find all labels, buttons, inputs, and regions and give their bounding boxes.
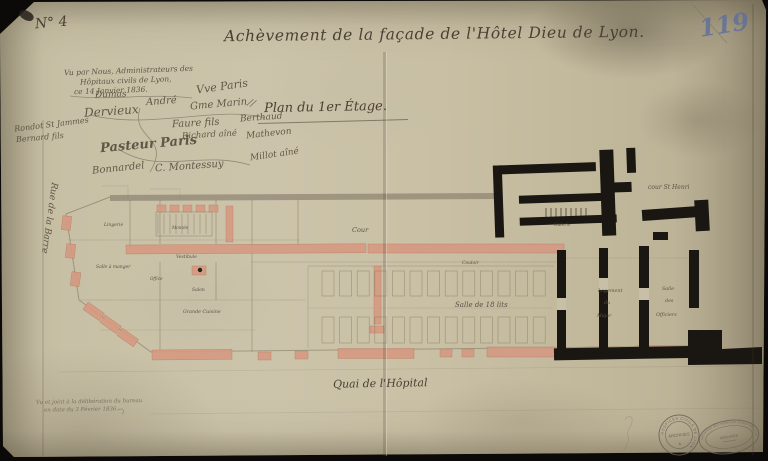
doc-number: N° 4 (34, 14, 68, 33)
plan-title: Plan du 1er Étage. (264, 99, 387, 116)
street-label-bottom: Quai de l'Hôpital (333, 376, 428, 391)
signature: André (146, 95, 177, 108)
scanned-plan-document: N° 4 119 Achèvement de la façade de l'Hô… (0, 0, 768, 461)
signature: Dumas (95, 89, 127, 100)
